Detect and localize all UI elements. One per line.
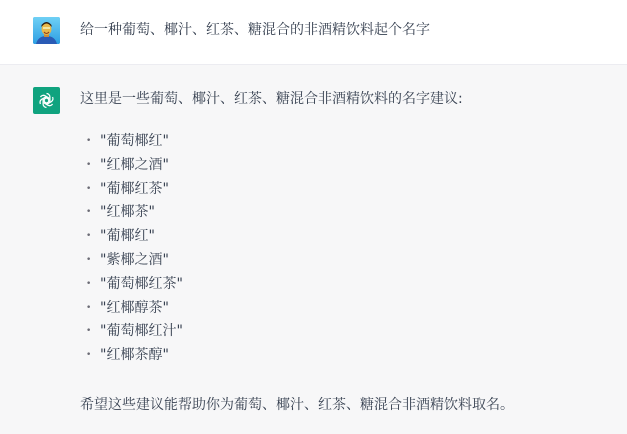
bullet-icon: • bbox=[86, 344, 91, 368]
suggestion-text: "紫椰之酒" bbox=[100, 252, 169, 268]
suggestion-text: "葡萄椰红茶" bbox=[100, 276, 183, 292]
assistant-intro-text: 这里是一些葡萄、椰汁、红茶、糖混合非酒精饮料的名字建议: bbox=[80, 88, 463, 110]
list-item: •"葡椰红茶" bbox=[86, 178, 183, 202]
list-item: •"红椰茶" bbox=[86, 201, 183, 225]
bullet-icon: • bbox=[86, 154, 91, 178]
assistant-message: 这里是一些葡萄、椰汁、红茶、糖混合非酒精饮料的名字建议: •"葡萄椰红" •"红… bbox=[0, 66, 627, 434]
assistant-avatar bbox=[33, 87, 60, 114]
user-avatar-photo-icon bbox=[33, 17, 60, 44]
suggestion-text: "葡萄椰红" bbox=[100, 133, 169, 149]
list-item: •"红椰茶醇" bbox=[86, 344, 183, 368]
bullet-icon: • bbox=[86, 201, 91, 225]
suggestion-text: "红椰之酒" bbox=[100, 157, 169, 173]
suggestion-text: "红椰茶醇" bbox=[100, 347, 169, 363]
suggestion-list: •"葡萄椰红" •"红椰之酒" •"葡椰红茶" •"红椰茶" •"葡椰红" •"… bbox=[86, 130, 183, 368]
list-item: •"葡萄椰红汁" bbox=[86, 320, 183, 344]
bullet-icon: • bbox=[86, 178, 91, 202]
bullet-icon: • bbox=[86, 320, 91, 344]
suggestion-text: "红椰茶" bbox=[100, 204, 155, 220]
bullet-icon: • bbox=[86, 297, 91, 321]
list-item: •"红椰之酒" bbox=[86, 154, 183, 178]
bullet-icon: • bbox=[86, 130, 91, 154]
list-item: •"葡萄椰红" bbox=[86, 130, 183, 154]
user-message: 给一种葡萄、椰汁、红茶、糖混合的非酒精饮料起个名字 bbox=[0, 0, 627, 65]
suggestion-text: "葡椰红" bbox=[100, 228, 155, 244]
bullet-icon: • bbox=[86, 225, 91, 249]
suggestion-text: "葡椰红茶" bbox=[100, 181, 169, 197]
suggestion-text: "葡萄椰红汁" bbox=[100, 323, 183, 339]
list-item: •"红椰醇茶" bbox=[86, 297, 183, 321]
list-item: •"葡萄椰红茶" bbox=[86, 273, 183, 297]
bullet-icon: • bbox=[86, 273, 91, 297]
list-item: •"紫椰之酒" bbox=[86, 249, 183, 273]
user-avatar bbox=[33, 17, 60, 44]
bullet-icon: • bbox=[86, 249, 91, 273]
user-message-text: 给一种葡萄、椰汁、红茶、糖混合的非酒精饮料起个名字 bbox=[80, 19, 430, 41]
suggestion-text: "红椰醇茶" bbox=[100, 300, 169, 316]
list-item: •"葡椰红" bbox=[86, 225, 183, 249]
assistant-outro-text: 希望这些建议能帮助你为葡萄、椰汁、红茶、糖混合非酒精饮料取名。 bbox=[80, 394, 514, 416]
openai-logo-icon bbox=[37, 91, 56, 110]
